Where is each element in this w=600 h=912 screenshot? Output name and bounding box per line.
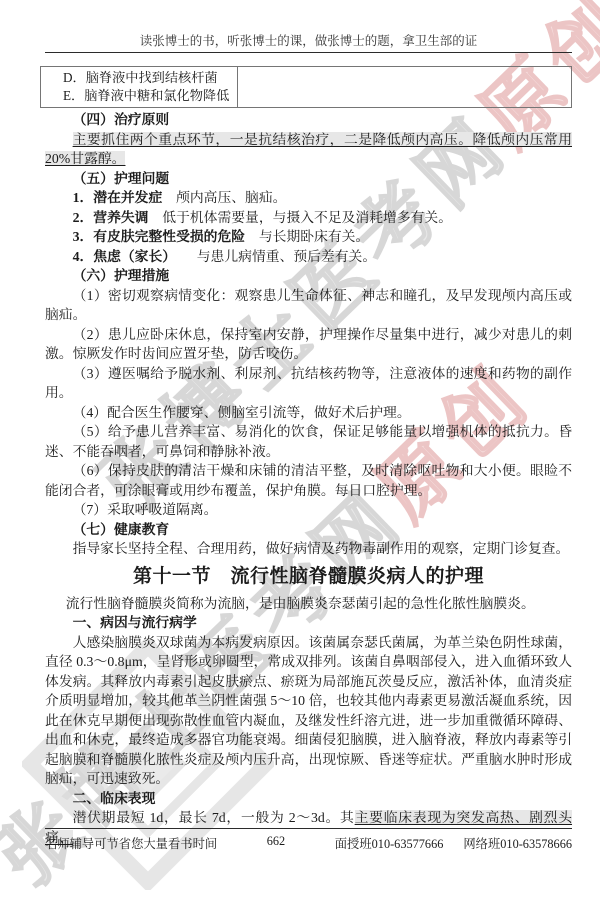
measure-item: （4）配合医生作腰穿、侧脑室引流等，做好术后护理。 [45,403,572,423]
paragraph-treatment: 主要抓住两个重点环节，一是抗结核治疗，二是降低颅内高压。降低颅内压常用20%甘露… [45,130,572,169]
list-item-label: 3．有皮肤完整性受损的危险 [73,229,245,244]
list-item-text: 与患儿病情重、预后差有关。 [169,249,376,264]
option-e: E．脑脊液中糖和氯化物降低 [63,87,235,105]
list-item: 2．营养失调 低于机体需要量，与摄入不足及消耗增多有关。 [45,208,572,228]
list-item-text: 低于机体需要量，与摄入不足及消耗增多有关。 [148,210,452,225]
header-divider [45,52,572,53]
heading-health-education: （七）健康教育 [45,520,572,540]
option-d: D．脑脊液中找到结核杆菌 [63,69,235,87]
answer-options-table: D．脑脊液中找到结核杆菌 E．脑脊液中糖和氯化物降低 [40,66,572,108]
clinical-lead-text: 潜伏期最短 1d，最长 7d，一般为 2～3d。其 [73,810,355,825]
options-cell: D．脑脊液中找到结核杆菌 E．脑脊液中糖和氯化物降低 [41,67,238,108]
header-slogan: 读张博士的书，听张博士的课，做张博士的题，拿卫生部的证 [45,31,572,49]
paragraph-intro: 流行性脑脊髓膜炎简称为流脑，是由脑膜炎奈瑟菌引起的急性化脓性脑膜炎。 [45,594,572,614]
list-item: 4．焦虑（家长） 与患儿病情重、预后差有关。 [45,247,572,267]
footer-divider [45,828,572,829]
measure-item: （3）遵医嘱给予脱水剂、利尿剂、抗结核药物等，注意液体的速度和药物的副作用。 [45,364,572,403]
heading-clinical: 二、临床表现 [45,789,572,809]
footer-slogan: 名师辅导可节省您大量看书时间 [45,834,217,852]
list-item-label: 2．营养失调 [73,210,149,225]
heading-treatment-principles: （四）治疗原则 [45,110,572,130]
list-item: 3．有皮肤完整性受损的危险 与长期卧床有关。 [45,227,572,247]
paragraph-health-education: 指导家长坚持全程、合理用药，做好病情及药物毒副作用的观察，定期门诊复查。 [45,539,572,559]
highlighted-key-point: 主要抓住两个重点环节，一是抗结核治疗，二是降低颅内高压。降低颅内压常用20%甘露… [45,132,572,167]
measure-item: （7）采取呼吸道隔离。 [45,500,572,520]
measure-item: （5）给予患儿营养丰富、易消化的饮食，保证足够能量以增强机体的抵抗力。昏迷、不能… [45,422,572,461]
measure-item: （1）密切观察病情变化：观察患儿生命体征、神志和瞳孔，及早发现颅内高压或脑疝。 [45,286,572,325]
heading-nursing-measures: （六）护理措施 [45,266,572,286]
page-body: D．脑脊液中找到结核杆菌 E．脑脊液中糖和氯化物降低 （四）治疗原则 主要抓住两… [45,62,572,847]
heading-nursing-problems: （五）护理问题 [45,169,572,189]
measure-item: （2）患儿应卧床休息，保持室内安静，护理操作尽量集中进行，减少对患儿的刺激。惊厥… [45,325,572,364]
online-class-phone: 网络班010-63578666 [463,834,572,852]
empty-answer-cell [238,67,572,108]
section-title: 第十一节 流行性脑脊髓膜炎病人的护理 [45,562,572,592]
list-item: 1．潜在并发症 颅内高压、脑疝。 [45,188,572,208]
table-row: D．脑脊液中找到结核杆菌 E．脑脊液中糖和氯化物降低 [41,67,572,108]
measure-item: （6）保持皮肤的清洁干燥和床铺的清洁平整，及时清除呕吐物和大小便。眼睑不能闭合者… [45,461,572,500]
page-footer: 名师辅导可节省您大量看书时间 662 面授班010-63577666 网络班01… [45,834,572,852]
list-item-text: 颅内高压、脑疝。 [162,190,286,205]
list-item-text: 与长期卧床有关。 [245,229,369,244]
footer-contacts: 面授班010-63577666 网络班010-63578666 [335,834,572,852]
textbook-page: 张博士医考网原创 张博士医考网原创 读张博士的书，听张博士的课，做张博士的题，拿… [0,0,600,912]
heading-etiology: 一、病因与流行病学 [45,613,572,633]
list-item-label: 4．焦虑（家长） [73,249,170,264]
onsite-class-phone: 面授班010-63577666 [335,834,444,852]
paragraph-etiology: 人感染脑膜炎双球菌为本病发病原因。该菌属奈瑟氏菌属，为革兰染色阴性球菌，直径 0… [45,633,572,789]
list-item-label: 1．潜在并发症 [73,190,163,205]
page-number: 662 [267,834,285,849]
